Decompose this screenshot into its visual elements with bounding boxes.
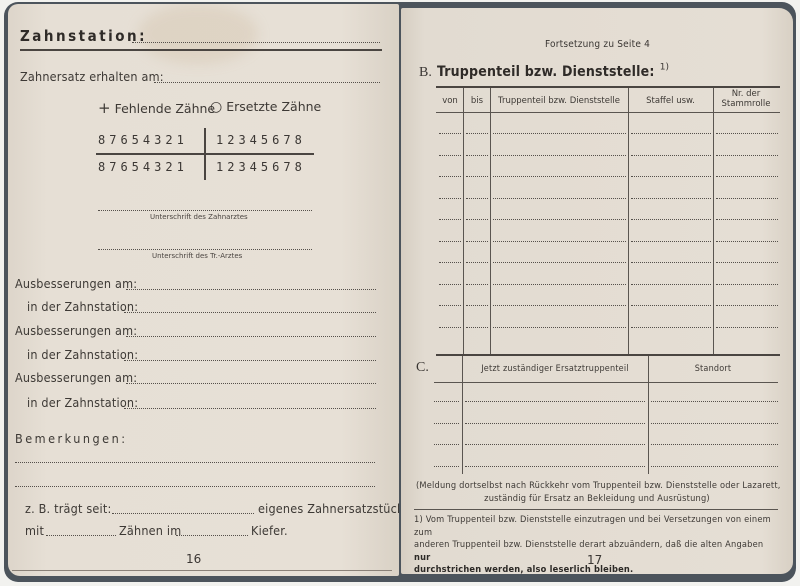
table-cell-line[interactable] [439, 305, 461, 306]
repair-2-date-field[interactable] [126, 336, 376, 337]
page-edge-line [12, 570, 392, 571]
doctor-signature-field[interactable] [98, 249, 312, 250]
repair-2-label: Ausbesserungen am: [15, 323, 137, 338]
table-cell-line[interactable] [631, 176, 711, 177]
table-cell-line[interactable] [716, 262, 778, 263]
remarks-line-2[interactable] [15, 486, 375, 487]
table-cell-line[interactable] [493, 262, 626, 263]
table-cell-line[interactable] [631, 305, 711, 306]
table-cell-line[interactable] [466, 327, 488, 328]
table-cell-line[interactable] [493, 176, 626, 177]
replaced-label: Ersetzte Zähne [226, 99, 321, 114]
table-cell-line[interactable] [493, 155, 626, 156]
table-cell-line[interactable] [631, 241, 711, 242]
table-cell-line[interactable] [651, 444, 778, 445]
continuation-note: Fortsetzung zu Seite 4 [545, 39, 650, 50]
col-header-unit: Truppenteil bzw. Dienststelle [490, 96, 628, 106]
page-title: Zahnstation: [20, 27, 147, 45]
table-cell-line[interactable] [465, 444, 645, 445]
lower-left-teeth[interactable]: 87654321 [98, 160, 188, 174]
remarks-label: Bemerkungen: [15, 431, 128, 446]
section-b-heading: B. Truppenteil bzw. Dienststelle: 1) [419, 61, 669, 81]
zahnstation-field[interactable] [132, 42, 380, 43]
table-cell-line[interactable] [493, 219, 626, 220]
lower-right-teeth[interactable]: 12345678 [216, 160, 306, 174]
upper-right-teeth[interactable]: 12345678 [216, 133, 306, 147]
repair-1-station-label: in der Zahnstation: [27, 299, 138, 314]
col-header-staffel: Staffel usw. [628, 96, 713, 106]
table-cell-line[interactable] [493, 327, 626, 328]
repair-1-station-field[interactable] [124, 312, 376, 313]
c-col-divider-2 [648, 356, 649, 474]
col-divider-3 [628, 88, 629, 354]
doctor-signature-caption: Unterschrift des Tr.-Arztes [152, 252, 242, 260]
table-cell-line[interactable] [439, 198, 461, 199]
table-cell-line[interactable] [465, 423, 645, 424]
teeth-count-field[interactable] [46, 535, 116, 536]
header-bottom-rule [436, 112, 780, 113]
zahnersatz-label: Zahnersatz erhalten am: [20, 69, 164, 84]
legend-missing: + Fehlende Zähne [98, 99, 215, 117]
jaw-label: Kiefer. [251, 523, 288, 538]
repair-2-station-label: in der Zahnstation: [27, 347, 138, 362]
table-cell-line[interactable] [631, 262, 711, 263]
repair-1-date-field[interactable] [126, 289, 376, 290]
col-header-stammrolle: Nr. der Stammrolle [713, 89, 779, 109]
table-cell-line[interactable] [716, 176, 778, 177]
table-cell-line[interactable] [716, 241, 778, 242]
table-top-rule [436, 86, 780, 88]
table-cell-line[interactable] [651, 466, 778, 467]
table-cell-line[interactable] [466, 198, 488, 199]
chart-vertical-rule [204, 128, 206, 180]
table-cell-line[interactable] [434, 401, 459, 402]
repair-3-station-field[interactable] [124, 408, 376, 409]
c-col-divider-1 [462, 356, 463, 474]
note-line-1: (Meldung dortselbst nach Rückkehr vom Tr… [416, 480, 778, 493]
table-cell-line[interactable] [466, 305, 488, 306]
col-divider-1 [463, 88, 464, 354]
table-cell-line[interactable] [439, 241, 461, 242]
table-cell-line[interactable] [439, 176, 461, 177]
with-label: mit [25, 523, 44, 538]
col-divider-2 [490, 88, 491, 354]
footnote-bold-nur: nur [414, 552, 430, 563]
table-cell-line[interactable] [631, 133, 711, 134]
table-cell-line[interactable] [434, 466, 459, 467]
footnote-marker: 1) [414, 514, 423, 525]
remarks-line-1[interactable] [15, 462, 375, 463]
table-cell-line[interactable] [466, 241, 488, 242]
table-bottom-rule [436, 354, 780, 356]
col-header-von: von [436, 96, 464, 106]
right-page: Fortsetzung zu Seite 4 B. Truppenteil bz… [401, 8, 793, 574]
table-cell-line[interactable] [631, 219, 711, 220]
wears-since-field[interactable] [112, 513, 254, 514]
circle-icon: ○ [210, 99, 222, 115]
footnote-line-2: anderen Truppenteil bzw. Dienststelle de… [414, 539, 763, 550]
repair-1-label: Ausbesserungen am: [15, 276, 137, 291]
wears-since-label: z. B. trägt seit: [25, 501, 111, 516]
jaw-field[interactable] [176, 535, 248, 536]
table-cell-line[interactable] [716, 327, 778, 328]
table-cell-line[interactable] [466, 262, 488, 263]
table-cell-line[interactable] [439, 133, 461, 134]
repair-3-date-field[interactable] [126, 383, 376, 384]
zahnersatz-date-field[interactable] [154, 82, 380, 83]
table-cell-line[interactable] [439, 327, 461, 328]
repair-2-station-field[interactable] [124, 360, 376, 361]
col-header-bis: bis [464, 96, 490, 106]
table-cell-line[interactable] [466, 176, 488, 177]
repair-3-label: Ausbesserungen am: [15, 370, 137, 385]
plus-icon: + [98, 99, 111, 117]
table-cell-line[interactable] [466, 133, 488, 134]
table-cell-line[interactable] [493, 133, 626, 134]
table-cell-line[interactable] [716, 155, 778, 156]
table-cell-line[interactable] [716, 284, 778, 285]
table-cell-line[interactable] [466, 219, 488, 220]
col-header-ersatztruppenteil: Jetzt zuständiger Ersatztruppenteil [462, 364, 648, 374]
table-cell-line[interactable] [493, 241, 626, 242]
table-cell-line[interactable] [651, 423, 778, 424]
page-number-left: 16 [186, 552, 201, 566]
table-cell-line[interactable] [631, 327, 711, 328]
c-header-rule [434, 382, 778, 383]
left-page: Zahnstation: Zahnersatz erhalten am: + F… [8, 4, 399, 576]
table-cell-line[interactable] [493, 198, 626, 199]
section-c-letter: C. [416, 360, 429, 376]
section-c-note: (Meldung dortselbst nach Rückkehr vom Tr… [416, 480, 778, 505]
table-cell-line[interactable] [465, 466, 645, 467]
col-divider-4 [713, 88, 714, 354]
table-cell-line[interactable] [439, 155, 461, 156]
section-b-footnote-ref: 1) [660, 63, 669, 73]
table-cell-line[interactable] [465, 401, 645, 402]
table-cell-line[interactable] [439, 262, 461, 263]
dentist-signature-field[interactable] [98, 210, 312, 211]
table-cell-line[interactable] [631, 284, 711, 285]
table-cell-line[interactable] [716, 198, 778, 199]
table-cell-line[interactable] [651, 401, 778, 402]
table-cell-line[interactable] [493, 305, 626, 306]
paper-stain [138, 4, 258, 64]
dentist-signature-caption: Unterschrift des Zahnarztes [150, 213, 248, 221]
upper-left-teeth[interactable]: 87654321 [98, 133, 188, 147]
table-cell-line[interactable] [631, 198, 711, 199]
wears-suffix-label: eigenes Zahnersatzstück [258, 501, 399, 516]
note-line-2: zuständig für Ersatz an Bekleidung und A… [416, 493, 778, 506]
section-b-letter: B. [419, 65, 432, 80]
table-cell-line[interactable] [434, 423, 459, 424]
legend-replaced: ○ Ersetzte Zähne [210, 99, 321, 115]
table-cell-line[interactable] [439, 219, 461, 220]
repair-3-station-label: in der Zahnstation: [27, 395, 138, 410]
missing-label: Fehlende Zähne [115, 101, 216, 116]
title-rule [20, 49, 382, 51]
table-cell-line[interactable] [716, 133, 778, 134]
section-b-title: Truppenteil bzw. Dienststelle: [437, 64, 655, 80]
table-cell-line[interactable] [493, 284, 626, 285]
footnote-rule [414, 509, 778, 510]
table-cell-line[interactable] [716, 219, 778, 220]
table-cell-line[interactable] [439, 284, 461, 285]
teeth-in-label: Zähnen im [119, 523, 181, 538]
table-cell-line[interactable] [434, 444, 459, 445]
table-cell-line[interactable] [716, 305, 778, 306]
col-header-standort: Standort [648, 364, 778, 374]
page-number-right: 17 [587, 553, 602, 567]
footnote-line-1: Vom Truppenteil bzw. Dienststelle einzut… [414, 514, 771, 538]
table-cell-line[interactable] [631, 155, 711, 156]
table-cell-line[interactable] [466, 155, 488, 156]
table-cell-line[interactable] [466, 284, 488, 285]
